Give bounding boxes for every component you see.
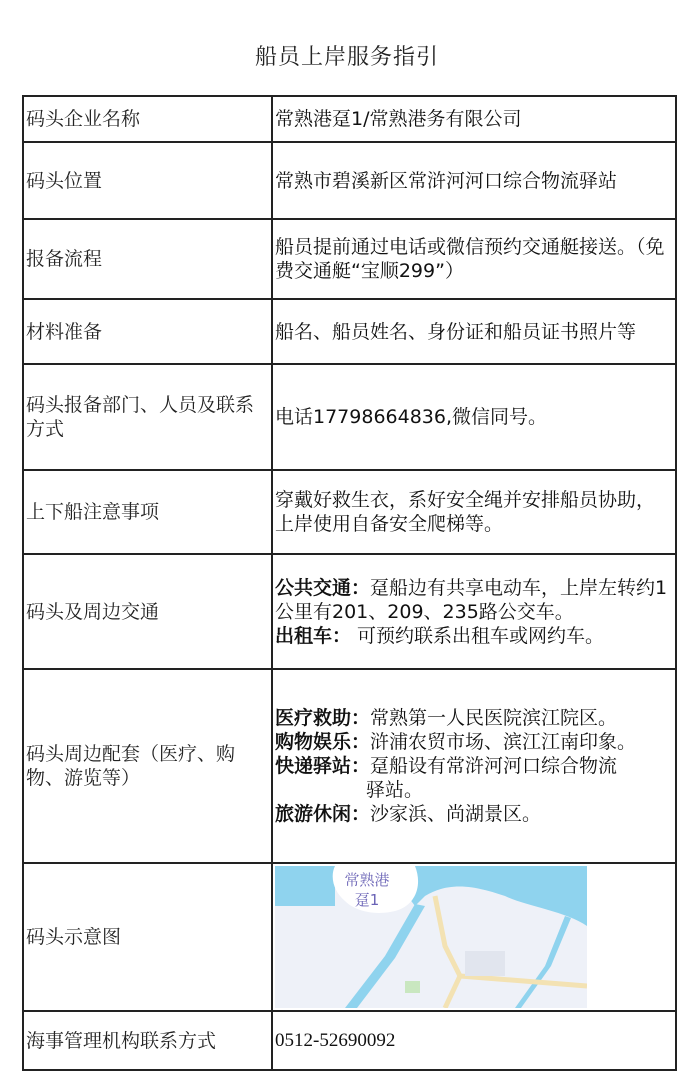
facility-item: 快递驿站：趸船设有常浒河河口综合物流驿站。 [275,754,673,802]
table-row: 材料准备 船名、船员姓名、身份证和船员证书照片等 [23,299,676,364]
row-label: 码头报备部门、人员及联系方式 [23,364,272,470]
item-key: 购物娱乐： [275,731,370,753]
row-value: 常熟市碧溪新区常浒河河口综合物流驿站 [272,142,676,219]
item-text: 可预约联系出租车或网约车。 [351,625,604,647]
table-row: 码头企业名称 常熟港趸1/常熟港务有限公司 [23,96,676,142]
table-row: 码头位置 常熟市碧溪新区常浒河河口综合物流驿站 [23,142,676,219]
row-value: 0512-52690092 [272,1011,676,1070]
map-graphic [275,866,587,1008]
item-key: 快递驿站： [275,755,370,777]
page-title: 船员上岸服务指引 [0,40,694,71]
facility-item: 购物娱乐：浒浦农贸市场、滨江江南印象。 [275,730,673,754]
row-label: 码头位置 [23,142,272,219]
row-value: 船名、船员姓名、身份证和船员证书照片等 [272,299,676,364]
table-row: 码头及周边交通 公共交通：趸船边有共享电动车，上岸左转约1公里有201、209、… [23,554,676,669]
table-row: 码头报备部门、人员及联系方式 电话17798664836,微信同号。 [23,364,676,470]
row-value: 常熟港趸1/常熟港务有限公司 [272,96,676,142]
table-row: 海事管理机构联系方式 0512-52690092 [23,1011,676,1070]
table-row: 码头示意图 常熟港 趸1 [23,863,676,1011]
table-row: 码头周边配套（医疗、购物、游览等） 医疗救助：常熟第一人民医院滨江院区。 购物娱… [23,669,676,863]
item-key: 出租车： [275,625,351,647]
row-value: 船员提前通过电话或微信预约交通艇接送。（免费交通艇“宝顺299”） [272,219,676,299]
table-row: 报备流程 船员提前通过电话或微信预约交通艇接送。（免费交通艇“宝顺299”） [23,219,676,299]
row-value: 穿戴好救生衣，系好安全绳并安排船员协助，上岸使用自备安全爬梯等。 [272,470,676,554]
wharf-map[interactable]: 常熟港 趸1 [275,866,587,1008]
row-label: 海事管理机构联系方式 [23,1011,272,1070]
row-label: 码头企业名称 [23,96,272,142]
item-text-cont: 驿站。 [275,778,673,802]
item-text: 常熟第一人民医院滨江院区。 [370,707,617,729]
facility-item: 医疗救助：常熟第一人民医院滨江院区。 [275,706,673,730]
map-cell: 常熟港 趸1 [272,863,676,1011]
item-text: 趸船设有常浒河河口综合物流 [370,755,617,777]
facilities-cell: 医疗救助：常熟第一人民医院滨江院区。 购物娱乐：浒浦农贸市场、滨江江南印象。 快… [272,669,676,863]
row-label: 码头示意图 [23,863,272,1011]
item-key: 医疗救助： [275,707,370,729]
row-label: 上下船注意事项 [23,470,272,554]
table-row: 上下船注意事项 穿戴好救生衣，系好安全绳并安排船员协助，上岸使用自备安全爬梯等。 [23,470,676,554]
transport-item: 出租车： 可预约联系出租车或网约车。 [275,624,673,648]
item-key: 旅游休闲： [275,803,370,825]
item-text: 沙家浜、尚湖景区。 [370,803,541,825]
map-label-line2: 趸1 [337,890,397,910]
info-table: 码头企业名称 常熟港趸1/常熟港务有限公司 码头位置 常熟市碧溪新区常浒河河口综… [22,95,677,1071]
item-key: 公共交通： [275,577,370,599]
map-label-line1: 常熟港 [337,870,397,890]
row-label: 报备流程 [23,219,272,299]
row-label: 材料准备 [23,299,272,364]
map-label: 常熟港 趸1 [337,870,397,910]
row-value: 电话17798664836,微信同号。 [272,364,676,470]
item-text: 浒浦农贸市场、滨江江南印象。 [370,731,636,753]
row-label: 码头周边配套（医疗、购物、游览等） [23,669,272,863]
transport-item: 公共交通：趸船边有共享电动车，上岸左转约1公里有201、209、235路公交车。 [275,576,673,624]
facility-item: 旅游休闲：沙家浜、尚湖景区。 [275,802,673,826]
transport-cell: 公共交通：趸船边有共享电动车，上岸左转约1公里有201、209、235路公交车。… [272,554,676,669]
row-label: 码头及周边交通 [23,554,272,669]
